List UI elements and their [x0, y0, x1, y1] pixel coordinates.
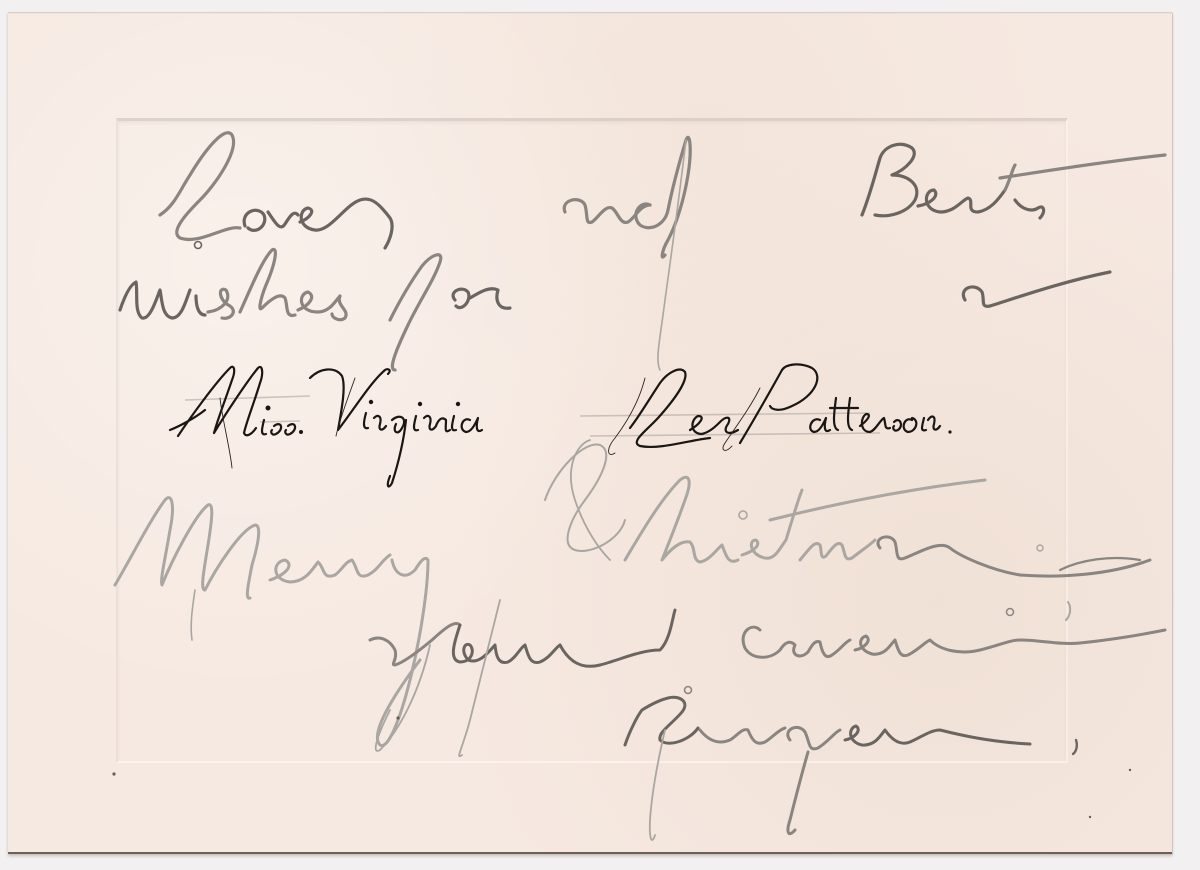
- handwritten-line-3: Merry Christmas: [120, 490, 669, 581]
- handwritten-signature: Ginger.: [620, 690, 828, 770]
- handwritten-line-2: wishes for a: [115, 240, 453, 320]
- handwritten-line-1: Love and Best: [150, 130, 547, 210]
- handwritten-line-4: Your cousin: [370, 600, 700, 680]
- printed-name: Miss Virginia Lee Patterson: [160, 358, 1040, 478]
